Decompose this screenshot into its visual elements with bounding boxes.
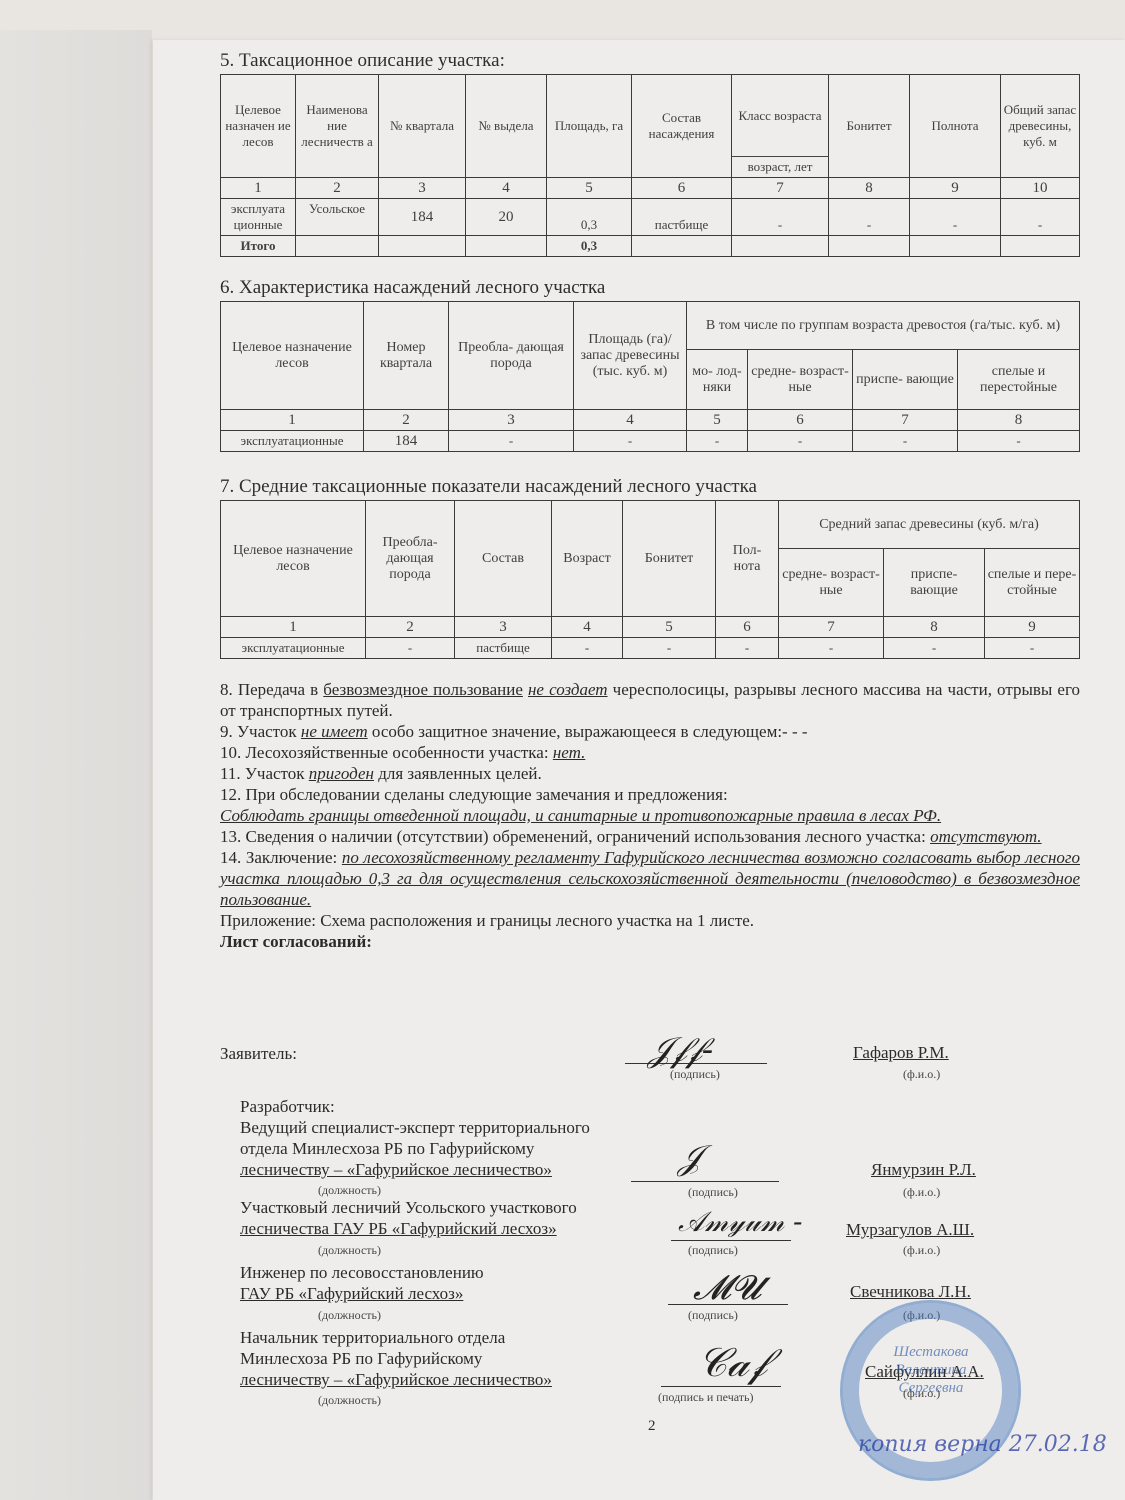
signer-role: Начальник территориального отдела Минлес… — [240, 1327, 552, 1390]
header-cell: Бонитет — [829, 75, 910, 178]
item-14: 14. Заключение: по лесохозяйственному ре… — [220, 847, 1080, 910]
appendix-note: Приложение: Схема расположения и границы… — [220, 910, 1080, 931]
cell: - — [985, 638, 1080, 659]
item-12: 12. При обследовании сделаны следующие з… — [220, 784, 1080, 805]
col-number: 6 — [716, 617, 779, 638]
col-number: 7 — [853, 410, 958, 431]
cell: - — [748, 431, 853, 452]
item-12-remarks: Соблюдать границы отведенной площади, и … — [220, 805, 1080, 826]
section6-title: 6. Характеристика насаждений лесного уча… — [220, 277, 1080, 299]
header-cell: приспе- вающие — [853, 350, 958, 410]
items-block: 8. Передача в безвозмездное пользование … — [220, 679, 1080, 952]
col-number: 5 — [623, 617, 716, 638]
cell: 20 — [466, 199, 547, 236]
section7-title: 7. Средние таксационные показатели насаж… — [220, 476, 1080, 498]
cell: эксплуата ционные — [221, 199, 296, 236]
col-number: 5 — [687, 410, 748, 431]
item-13: 13. Сведения о наличии (отсутствии) обре… — [220, 826, 1080, 847]
table-row: эксплуатационные 184 - - - - - - — [221, 431, 1080, 452]
header-cell: № выдела — [466, 75, 547, 178]
position-caption: (должность) — [318, 1243, 381, 1258]
cell: Усольское — [296, 199, 379, 236]
cell: эксплуатационные — [221, 638, 366, 659]
signature-scribble: 𝒥𝒻𝒻- — [648, 1030, 713, 1070]
cell: - — [853, 431, 958, 452]
header-cell: Возраст — [552, 501, 623, 617]
signer-role: Ведущий специалист-эксперт территориальн… — [240, 1117, 590, 1180]
header-cell: Состав насаждения — [632, 75, 732, 178]
header-cell: Пол- нота — [716, 501, 779, 617]
header-cell: Общий запас древесины, куб. м — [1001, 75, 1080, 178]
col-number: 10 — [1001, 178, 1080, 199]
table-row: эксплуатационные - пастбище - - - - - - — [221, 638, 1080, 659]
section5-title: 5. Таксационное описание участка: — [220, 50, 1080, 72]
signer-name: Янмурзин Р.Л. — [871, 1160, 976, 1180]
col-number: 2 — [296, 178, 379, 199]
page-number: 2 — [648, 1418, 656, 1435]
sign-caption: (подпись) — [670, 1067, 720, 1082]
signer-name: Мурзагулов А.Ш. — [846, 1220, 974, 1240]
cell: - — [449, 431, 574, 452]
cell: - — [779, 638, 884, 659]
header-cell: Полнота — [910, 75, 1001, 178]
col-number: 4 — [552, 617, 623, 638]
col-number: 6 — [748, 410, 853, 431]
cell: - — [716, 638, 779, 659]
fio-caption: (ф.и.о.) — [903, 1067, 940, 1082]
position-caption: (должность) — [318, 1308, 381, 1323]
signer-role: Инженер по лесовосстановлению ГАУ РБ «Га… — [240, 1262, 484, 1304]
signature-line — [671, 1240, 791, 1241]
col-number: 3 — [449, 410, 574, 431]
item-9: 9. Участок не имеет особо защитное значе… — [220, 721, 1080, 742]
sign-caption: (подпись) — [688, 1308, 738, 1323]
signature-scribble: 𝒥 — [678, 1138, 701, 1178]
signer-name: Гафаров Р.М. — [853, 1043, 949, 1063]
header-cell: приспе- вающие — [884, 549, 985, 617]
col-number: 8 — [829, 178, 910, 199]
cell: 184 — [364, 431, 449, 452]
header-cell: мо- лод- няки — [687, 350, 748, 410]
header-cell: спелые и перестойные — [958, 350, 1080, 410]
header-cell: Бонитет — [623, 501, 716, 617]
header-cell: Целевое назначен ие лесов — [221, 75, 296, 178]
sign-caption: (подпись) — [688, 1243, 738, 1258]
header-cell: средне- возраст- ные — [748, 350, 853, 410]
col-number: 1 — [221, 178, 296, 199]
cell: - — [687, 431, 748, 452]
section7-table: Целевое назначение лесов Преобла- дающая… — [220, 500, 1080, 659]
total-area: 0,3 — [547, 236, 632, 257]
signature-scribble: 𝒞𝒶𝒻 — [698, 1340, 767, 1386]
col-number: 5 — [547, 178, 632, 199]
header-cell: Преобла- дающая порода — [366, 501, 455, 617]
header-cell: Класс возраста — [732, 75, 829, 157]
col-number: 7 — [779, 617, 884, 638]
item-11: 11. Участок пригоден для заявленных целе… — [220, 763, 1080, 784]
cell: - — [552, 638, 623, 659]
section6-table: Целевое назначение лесов Номер квартала … — [220, 301, 1080, 452]
signer-role: Участковый лесничий Усольского участково… — [240, 1197, 577, 1239]
header-cell: Номер квартала — [364, 302, 449, 410]
signature-line — [661, 1386, 781, 1387]
developer-label: Разработчик: — [240, 1096, 335, 1117]
signature-scribble: 𝒜𝓂𝓎𝓊𝓂 - — [678, 1205, 802, 1239]
col-number: 1 — [221, 410, 364, 431]
col-number: 3 — [455, 617, 552, 638]
cell: - — [829, 199, 910, 236]
header-cell: Площадь (га)/запас древесины (тыс. куб. … — [574, 302, 687, 410]
col-number: 9 — [910, 178, 1001, 199]
cell: - — [1001, 199, 1080, 236]
header-cell: Целевое назначение лесов — [221, 501, 366, 617]
section5-table: Целевое назначен ие лесов Наименова ние … — [220, 74, 1080, 257]
item-10: 10. Лесохозяйственные особенности участк… — [220, 742, 1080, 763]
col-number: 4 — [574, 410, 687, 431]
header-cell: Площадь, га — [547, 75, 632, 178]
cell: - — [732, 199, 829, 236]
header-cell: Средний запас древесины (куб. м/га) — [779, 501, 1080, 549]
header-cell: Наименова ние лесничеств а — [296, 75, 379, 178]
header-cell: Преобла- дающая порода — [449, 302, 574, 410]
cell: пастбище — [632, 199, 732, 236]
cell: пастбище — [455, 638, 552, 659]
cell: эксплуатационные — [221, 431, 364, 452]
header-cell: спелые и пере- стойные — [985, 549, 1080, 617]
header-cell: Состав — [455, 501, 552, 617]
header-cell: средне- возраст- ные — [779, 549, 884, 617]
fio-caption: (ф.и.о.) — [903, 1243, 940, 1258]
cell: - — [623, 638, 716, 659]
cell: 0,3 — [547, 199, 632, 236]
position-caption: (должность) — [318, 1183, 381, 1198]
col-number: 7 — [732, 178, 829, 199]
total-row: Итого 0,3 — [221, 236, 1080, 257]
col-number: 4 — [466, 178, 547, 199]
stamp-text: Шестакова Валентина Сергеевна — [881, 1343, 981, 1397]
cell: - — [910, 199, 1001, 236]
header-cell: В том числе по группам возраста древосто… — [687, 302, 1080, 350]
signature-scribble: 𝓜𝓤 — [693, 1268, 761, 1308]
signature-line — [631, 1181, 779, 1182]
col-number: 6 — [632, 178, 732, 199]
handwritten-certification: копия верна 27.02.18 — [858, 1432, 1107, 1457]
cell: - — [958, 431, 1080, 452]
applicant-label: Заявитель: — [220, 1043, 297, 1064]
cell: 184 — [379, 199, 466, 236]
col-number: 9 — [985, 617, 1080, 638]
header-cell: возраст, лет — [732, 157, 829, 178]
col-number: 1 — [221, 617, 366, 638]
background-left-page — [0, 30, 152, 1500]
item-8: 8. Передача в безвозмездное пользование … — [220, 679, 1080, 721]
col-number: 2 — [364, 410, 449, 431]
cell: - — [884, 638, 985, 659]
col-number: 3 — [379, 178, 466, 199]
col-number: 8 — [958, 410, 1080, 431]
signer-name: Свечникова Л.Н. — [850, 1282, 971, 1302]
table-row: эксплуата ционные Усольское 184 20 0,3 п… — [221, 199, 1080, 236]
col-number: 2 — [366, 617, 455, 638]
position-caption: (должность) — [318, 1393, 381, 1408]
sign-stamp-caption: (подпись и печать) — [658, 1390, 753, 1405]
total-label: Итого — [221, 236, 296, 257]
header-cell: № квартала — [379, 75, 466, 178]
document-page: 5. Таксационное описание участка: Целево… — [153, 40, 1125, 1500]
cell: - — [366, 638, 455, 659]
header-cell: Целевое назначение лесов — [221, 302, 364, 410]
approvals-title: Лист согласований: — [220, 931, 1080, 952]
col-number: 8 — [884, 617, 985, 638]
sign-caption: (подпись) — [688, 1185, 738, 1200]
fio-caption: (ф.и.о.) — [903, 1185, 940, 1200]
cell: - — [574, 431, 687, 452]
